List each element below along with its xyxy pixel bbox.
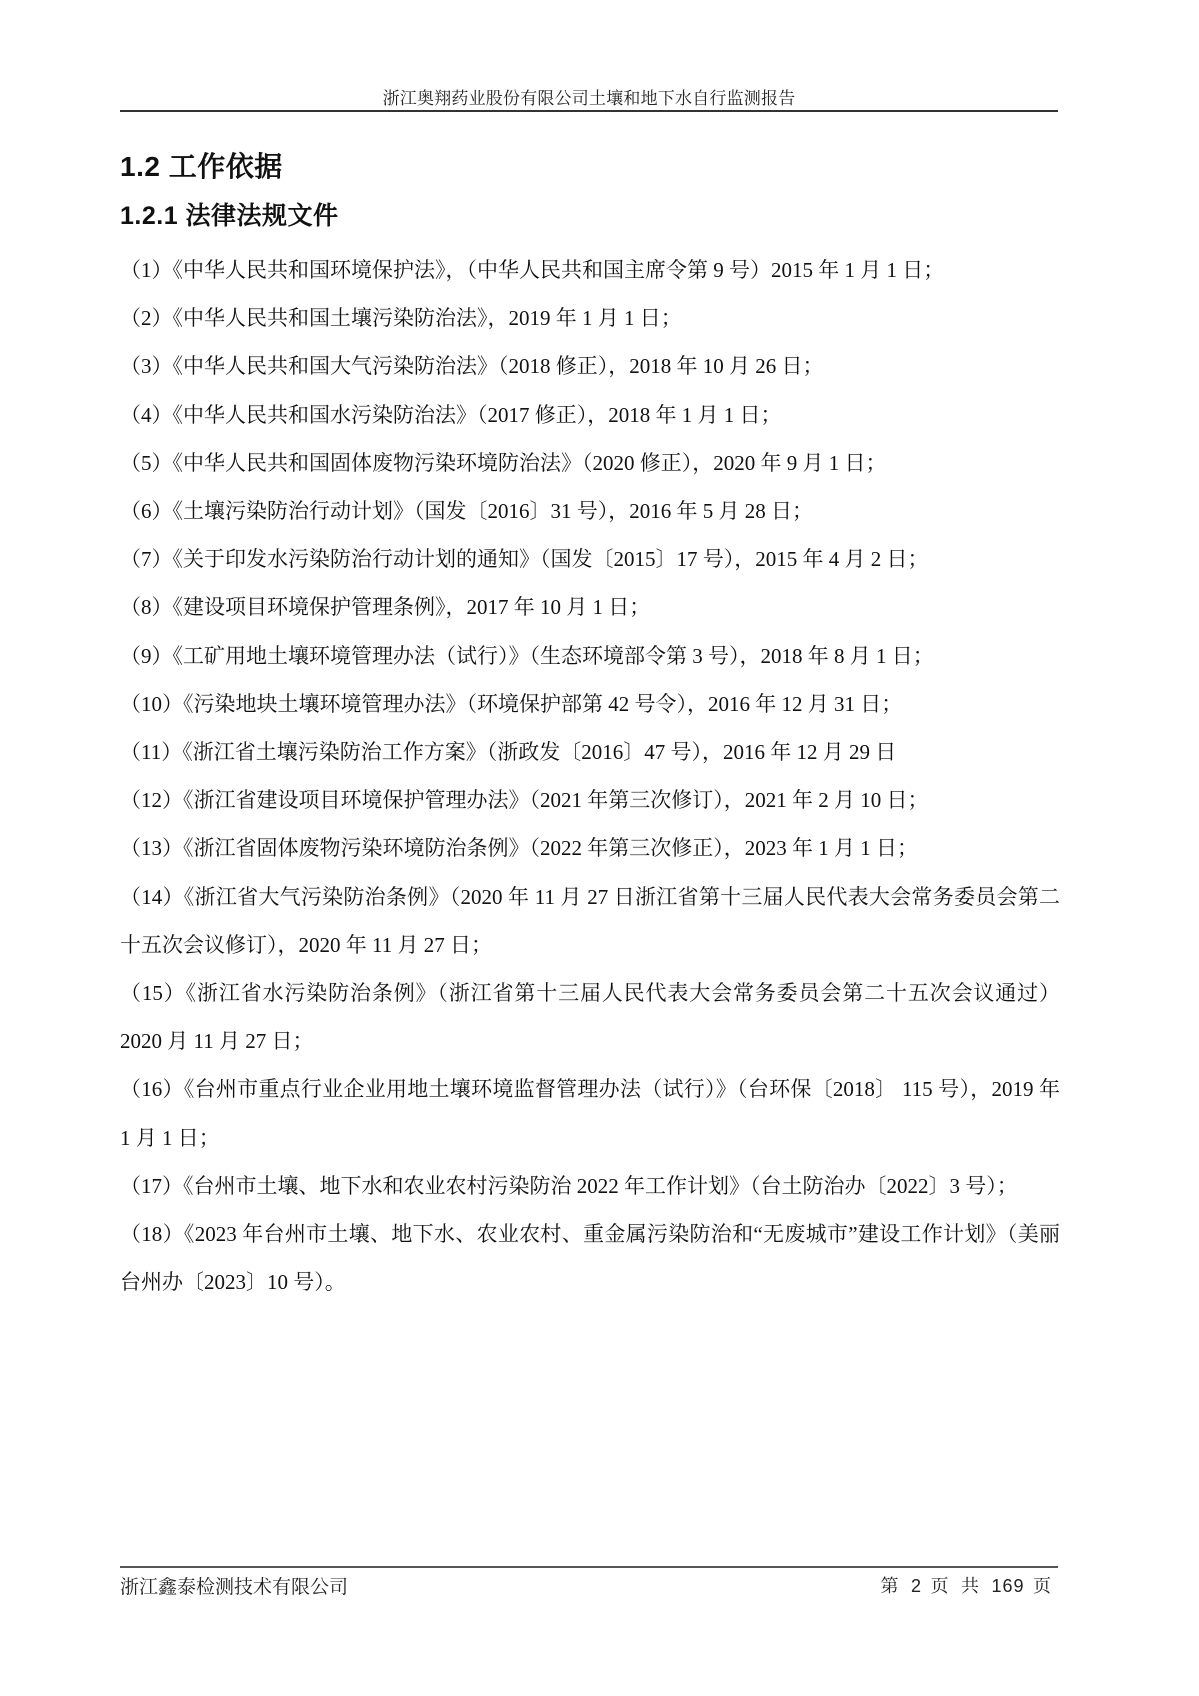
list-item: （17）《台州市土壤、地下水和农业农村污染防治 2022 年工作计划》（台土防治… — [120, 1162, 1060, 1210]
item-text: 《中华人民共和国固体废物污染环境防治法》（2020 修正），2020 年 9 月… — [173, 451, 887, 475]
list-item: （16）《台州市重点行业企业用地土壤环境监督管理办法（试行）》（台环保〔2018… — [120, 1065, 1060, 1161]
list-item: （3）《中华人民共和国大气污染防治法》（2018 修正），2018 年 10 月… — [120, 342, 1060, 390]
item-text: 《浙江省固体废物污染环境防治条例》（2022 年第三次修正），2023 年 1 … — [183, 836, 918, 860]
list-item: （6）《土壤污染防治行动计划》（国发〔2016〕31 号），2016 年 5 月… — [120, 487, 1060, 535]
item-number: （16） — [120, 1077, 184, 1101]
item-text: 《浙江省水污染防治条例》（浙江省第十三届人民代表大会常务委员会第二十五次会议通过… — [120, 981, 1060, 1053]
item-text: 《建设项目环境保护管理条例》，2017 年 10 月 1 日； — [173, 595, 651, 619]
item-number: （15） — [120, 981, 186, 1005]
item-number: （8） — [120, 595, 173, 619]
document-page: 浙江奥翔药业股份有限公司土壤和地下水自行监测报告 1.2 工作依据 1.2.1 … — [0, 0, 1199, 1696]
list-item: （2）《中华人民共和国土壤污染防治法》，2019 年 1 月 1 日； — [120, 294, 1060, 342]
item-text: 《工矿用地土壤环境管理办法（试行）》（生态环境部令第 3 号），2018 年 8… — [173, 644, 934, 668]
page-suffix: 页 — [1033, 1576, 1055, 1596]
page-prefix: 第 — [880, 1576, 902, 1596]
list-item: （12）《浙江省建设项目环境保护管理办法》（2021 年第三次修订），2021 … — [120, 776, 1060, 824]
item-number: （6） — [120, 499, 173, 523]
regulation-list: （1）《中华人民共和国环境保护法》，（中华人民共和国主席令第 9 号）2015 … — [120, 246, 1060, 1306]
item-text: 《关于印发水污染防治行动计划的通知》（国发〔2015〕17 号），2015 年 … — [173, 547, 929, 571]
page-total: 169 — [991, 1576, 1024, 1596]
footer-divider — [120, 1566, 1058, 1568]
list-item: （13）《浙江省固体废物污染环境防治条例》（2022 年第三次修正），2023 … — [120, 824, 1060, 872]
item-text: 《浙江省建设项目环境保护管理办法》（2021 年第三次修订），2021 年 2 … — [183, 788, 929, 812]
item-text: 《浙江省土壤污染防治工作方案》（浙政发〔2016〕47 号），2016 年 12… — [182, 740, 896, 764]
page-header-title: 浙江奥翔药业股份有限公司土壤和地下水自行监测报告 — [120, 84, 1058, 109]
list-item: （7）《关于印发水污染防治行动计划的通知》（国发〔2015〕17 号），2015… — [120, 535, 1060, 583]
section-heading: 1.2 工作依据 — [120, 145, 283, 185]
item-text: 《中华人民共和国环境保护法》，（中华人民共和国主席令第 9 号）2015 年 1… — [173, 258, 945, 282]
item-number: （17） — [120, 1174, 183, 1198]
item-number: （3） — [120, 354, 173, 378]
item-text: 《中华人民共和国土壤污染防治法》，2019 年 1 月 1 日； — [173, 306, 682, 330]
item-number: （9） — [120, 644, 173, 668]
item-text: 《土壤污染防治行动计划》（国发〔2016〕31 号），2016 年 5 月 28… — [173, 499, 814, 523]
header-divider — [120, 110, 1058, 112]
list-item: （18）《2023 年台州市土壤、地下水、农业农村、重金属污染防治和“无废城市”… — [120, 1210, 1060, 1306]
list-item: （5）《中华人民共和国固体废物污染环境防治法》（2020 修正），2020 年 … — [120, 439, 1060, 487]
footer-company: 浙江鑫泰检测技术有限公司 — [120, 1572, 348, 1599]
item-number: （1） — [120, 258, 173, 282]
item-number: （4） — [120, 403, 173, 427]
item-number: （7） — [120, 547, 173, 571]
list-item: （10）《污染地块土壤环境管理办法》（环境保护部第 42 号令），2016 年 … — [120, 680, 1060, 728]
item-text: 《污染地块土壤环境管理办法》（环境保护部第 42 号令），2016 年 12 月… — [183, 692, 902, 716]
list-item: （14）《浙江省大气污染防治条例》（2020 年 11 月 27 日浙江省第十三… — [120, 873, 1060, 969]
item-number: （10） — [120, 692, 183, 716]
item-text: 《中华人民共和国大气污染防治法》（2018 修正），2018 年 10 月 26… — [173, 354, 824, 378]
list-item: （9）《工矿用地土壤环境管理办法（试行）》（生态环境部令第 3 号），2018 … — [120, 632, 1060, 680]
list-item: （8）《建设项目环境保护管理条例》，2017 年 10 月 1 日； — [120, 583, 1060, 631]
item-number: （13） — [120, 836, 183, 860]
item-number: （18） — [120, 1222, 184, 1246]
list-item: （1）《中华人民共和国环境保护法》，（中华人民共和国主席令第 9 号）2015 … — [120, 246, 1060, 294]
list-item: （11）《浙江省土壤污染防治工作方案》（浙政发〔2016〕47 号），2016 … — [120, 728, 1060, 776]
list-item: （15）《浙江省水污染防治条例》（浙江省第十三届人民代表大会常务委员会第二十五次… — [120, 969, 1060, 1065]
item-number: （5） — [120, 451, 173, 475]
item-text: 《台州市重点行业企业用地土壤环境监督管理办法（试行）》（台环保〔2018〕 11… — [120, 1077, 1060, 1149]
item-number: （2） — [120, 306, 173, 330]
item-number: （12） — [120, 788, 183, 812]
page-mid: 页 共 — [930, 1576, 983, 1596]
item-text: 《台州市土壤、地下水和农业农村污染防治 2022 年工作计划》（台土防治办〔20… — [183, 1174, 1018, 1198]
item-text: 《2023 年台州市土壤、地下水、农业农村、重金属污染防治和“无废城市”建设工作… — [120, 1222, 1060, 1294]
item-number: （14） — [120, 885, 184, 909]
item-number: （11） — [120, 740, 182, 764]
subsection-heading: 1.2.1 法律法规文件 — [120, 196, 339, 232]
item-text: 《浙江省大气污染防治条例》（2020 年 11 月 27 日浙江省第十三届人民代… — [120, 885, 1060, 957]
list-item: （4）《中华人民共和国水污染防治法》（2017 修正），2018 年 1 月 1… — [120, 391, 1060, 439]
item-text: 《中华人民共和国水污染防治法》（2017 修正），2018 年 1 月 1 日； — [173, 403, 782, 427]
page-number: 第 2 页 共 169 页 — [880, 1572, 1055, 1598]
page-current: 2 — [911, 1576, 922, 1596]
